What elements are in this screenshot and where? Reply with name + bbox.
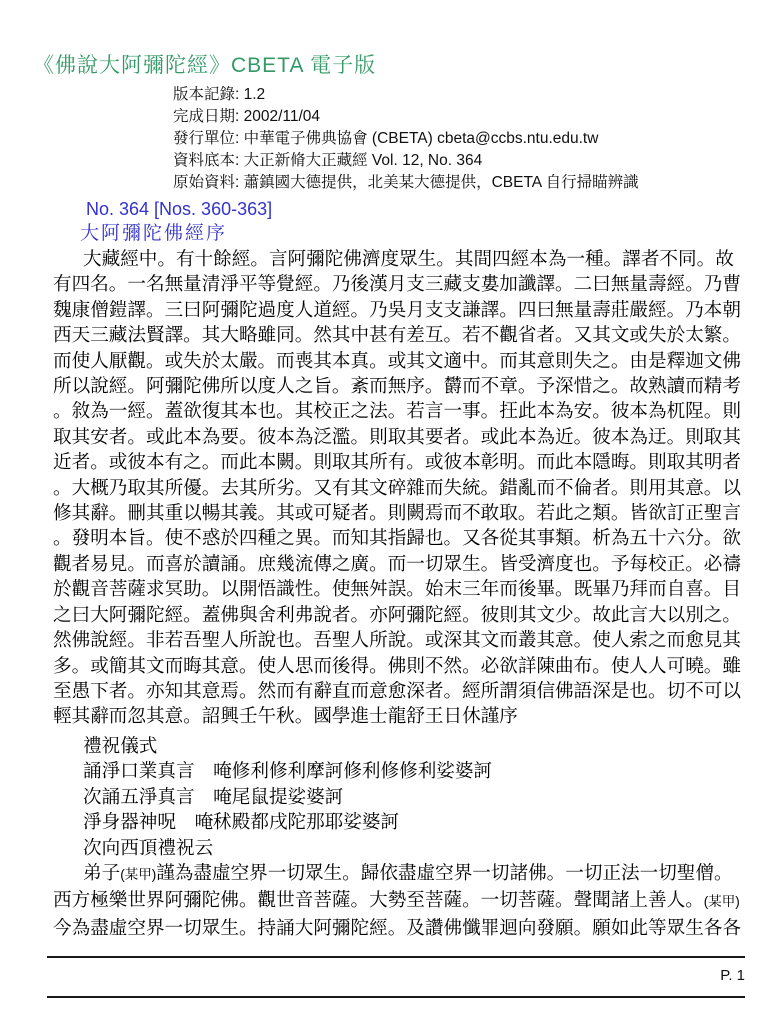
preface-line: 近者。或彼本有之。而此本闕。則取其所有。或彼本彰明。而此本隱晦。則取其明者 [53,449,753,474]
metadata-line: 發行單位: 中華電子佛典協會 (CBETA) cbeta@ccbs.ntu.ed… [173,128,639,150]
vow-text: 謹為盡虛空界一切眾生。歸依盡虛空界一切諸佛。一切正法一切聖僧。 [156,862,732,883]
preface-line: 之曰大阿彌陀經。蓋佛與舍利弗說者。亦阿彌陀經。彼則其文少。故此言大以別之。 [53,602,753,627]
ritual-line: 誦淨口業真言 唵修利修利摩訶修利修修利娑婆訶 [83,758,743,783]
preface-line: 於觀音菩薩求冥助。以開悟識性。使無舛誤。始末三年而後畢。既畢乃拜而自喜。目 [53,576,753,601]
preface-line: 多。或簡其文而晦其意。使人思而後得。佛則不然。必欲詳陳曲布。使人人可曉。雖 [53,653,753,678]
vow-line: 弟子(某甲)謹為盡虛空界一切眾生。歸依盡虛空界一切諸佛。一切正法一切聖僧。 [53,860,753,887]
preface-line: 輕其辭而忽其意。詔興壬午秋。國學進士龍舒王日休謹序 [53,703,753,728]
preface-line: 至愚下者。亦知其意焉。然而有辭直而意愈深者。經所謂須信佛語深是也。切不可以 [53,678,753,703]
preface-line: 觀者易見。而喜於讀誦。庶幾流傳之廣。而一切眾生。皆受濟度也。予每校正。必禱 [53,551,753,576]
ritual-line: 淨身器神呪 唵秫殿都戌陀那耶娑婆訶 [83,809,743,834]
metadata-line: 完成日期: 2002/11/04 [173,106,639,128]
vow-line: 今為盡虛空界一切眾生。持誦大阿彌陀經。及讚佛懺罪迴向發願。願如此等眾生各各 [53,915,753,940]
ritual-section: 禮祝儀式誦淨口業真言 唵修利修利摩訶修利修修利娑婆訶次誦五淨真言 唵尾鼠提娑婆訶… [83,733,743,860]
metadata-line: 資料底本: 大正新脩大正藏經 Vol. 12, No. 364 [173,150,639,172]
preface-line: 魏康僧鎧譯。三曰阿彌陀過度人道經。乃吳月支支謙譯。四曰無量壽莊嚴經。乃本朝 [53,297,753,322]
preface-line: 所以說經。阿彌陀佛所以度人之旨。紊而無序。欝而不章。予深惜之。故熟讀而精考 [53,373,753,398]
vow-text: 弟子 [83,862,120,883]
preface-line: 大藏經中。有十餘經。言阿彌陀佛濟度眾生。其間四經本為一種。譯者不同。故 [53,246,753,271]
page-number: P. 1 [47,966,745,986]
footer-rule-top [47,956,745,958]
section-heading-title: 大阿彌陀佛經序 [80,221,227,247]
vow-paragraph: 弟子(某甲)謹為盡虛空界一切眾生。歸依盡虛空界一切諸佛。一切正法一切聖僧。西方極… [53,860,753,940]
inline-note: (某甲) [120,867,156,882]
section-heading-number: No. 364 [Nos. 360-363] [86,197,272,221]
preface-line: 。發明本旨。使不惑於四種之異。而知其指歸也。又各從其事類。析為五十六分。欲 [53,525,753,550]
metadata-line: 版本記錄: 1.2 [173,84,639,106]
ritual-line: 次向西頂禮祝云 [83,835,743,860]
ritual-line: 次誦五淨真言 唵尾鼠提娑婆訶 [83,784,743,809]
metadata-block: 版本記錄: 1.2完成日期: 2002/11/04發行單位: 中華電子佛典協會 … [173,84,639,194]
preface-line: 。敘為一經。蓋欲復其本也。其校正之法。若言一事。抂此本為安。彼本為杌陧。則 [53,398,753,423]
vow-text: 西方極樂世界阿彌陀佛。觀世音菩薩。大勢至菩薩。一切菩薩。聲聞諸上善人。 [53,889,704,910]
preface-line: 取其安者。或此本為要。彼本為泛濫。則取其要者。或此本為近。彼本為迂。則取其 [53,424,753,449]
vow-text: 今為盡虛空界一切眾生。持誦大阿彌陀經。及讚佛懺罪迴向發願。願如此等眾生各各 [53,917,741,938]
vow-line: 西方極樂世界阿彌陀佛。觀世音菩薩。大勢至菩薩。一切菩薩。聲聞諸上善人。(某甲) [53,887,753,914]
page-title: 《佛說大阿彌陀經》CBETA 電子版 [33,53,376,79]
preface-line: 而使人厭觀。或失於太嚴。而喪其本真。或其文適中。而其意則失之。由是釋迦文佛 [53,348,753,373]
preface-line: 。大概乃取其所優。去其所劣。又有其文碎雜而失統。錯亂而不倫者。則用其意。以 [53,475,753,500]
preface-line: 有四名。一名無量清淨平等覺經。乃後漢月支三藏支婁加讖譯。二曰無量壽經。乃曹 [53,271,753,296]
ritual-line: 禮祝儀式 [83,733,743,758]
document-page: 《佛說大阿彌陀經》CBETA 電子版 版本記錄: 1.2完成日期: 2002/1… [0,0,768,1024]
metadata-line: 原始資料: 蕭鎮國大德提供，北美某大德提供，CBETA 自行掃瞄辨識 [173,172,639,194]
preface-line: 西天三藏法賢譯。其大略雖同。然其中甚有差互。若不觀省者。又其文或失於太繁。 [53,322,753,347]
footer-rule-bottom [47,996,745,998]
preface-line: 然佛說經。非若吾聖人所說也。吾聖人所說。或深其文而叢其意。使人索之而愈見其 [53,627,753,652]
inline-note: (某甲) [704,894,740,909]
preface-line: 修其辭。刪其重以暢其義。其或可疑者。則闕焉而不敢取。若此之類。皆欲訂正聖言 [53,500,753,525]
preface-paragraph: 大藏經中。有十餘經。言阿彌陀佛濟度眾生。其間四經本為一種。譯者不同。故有四名。一… [53,246,753,729]
